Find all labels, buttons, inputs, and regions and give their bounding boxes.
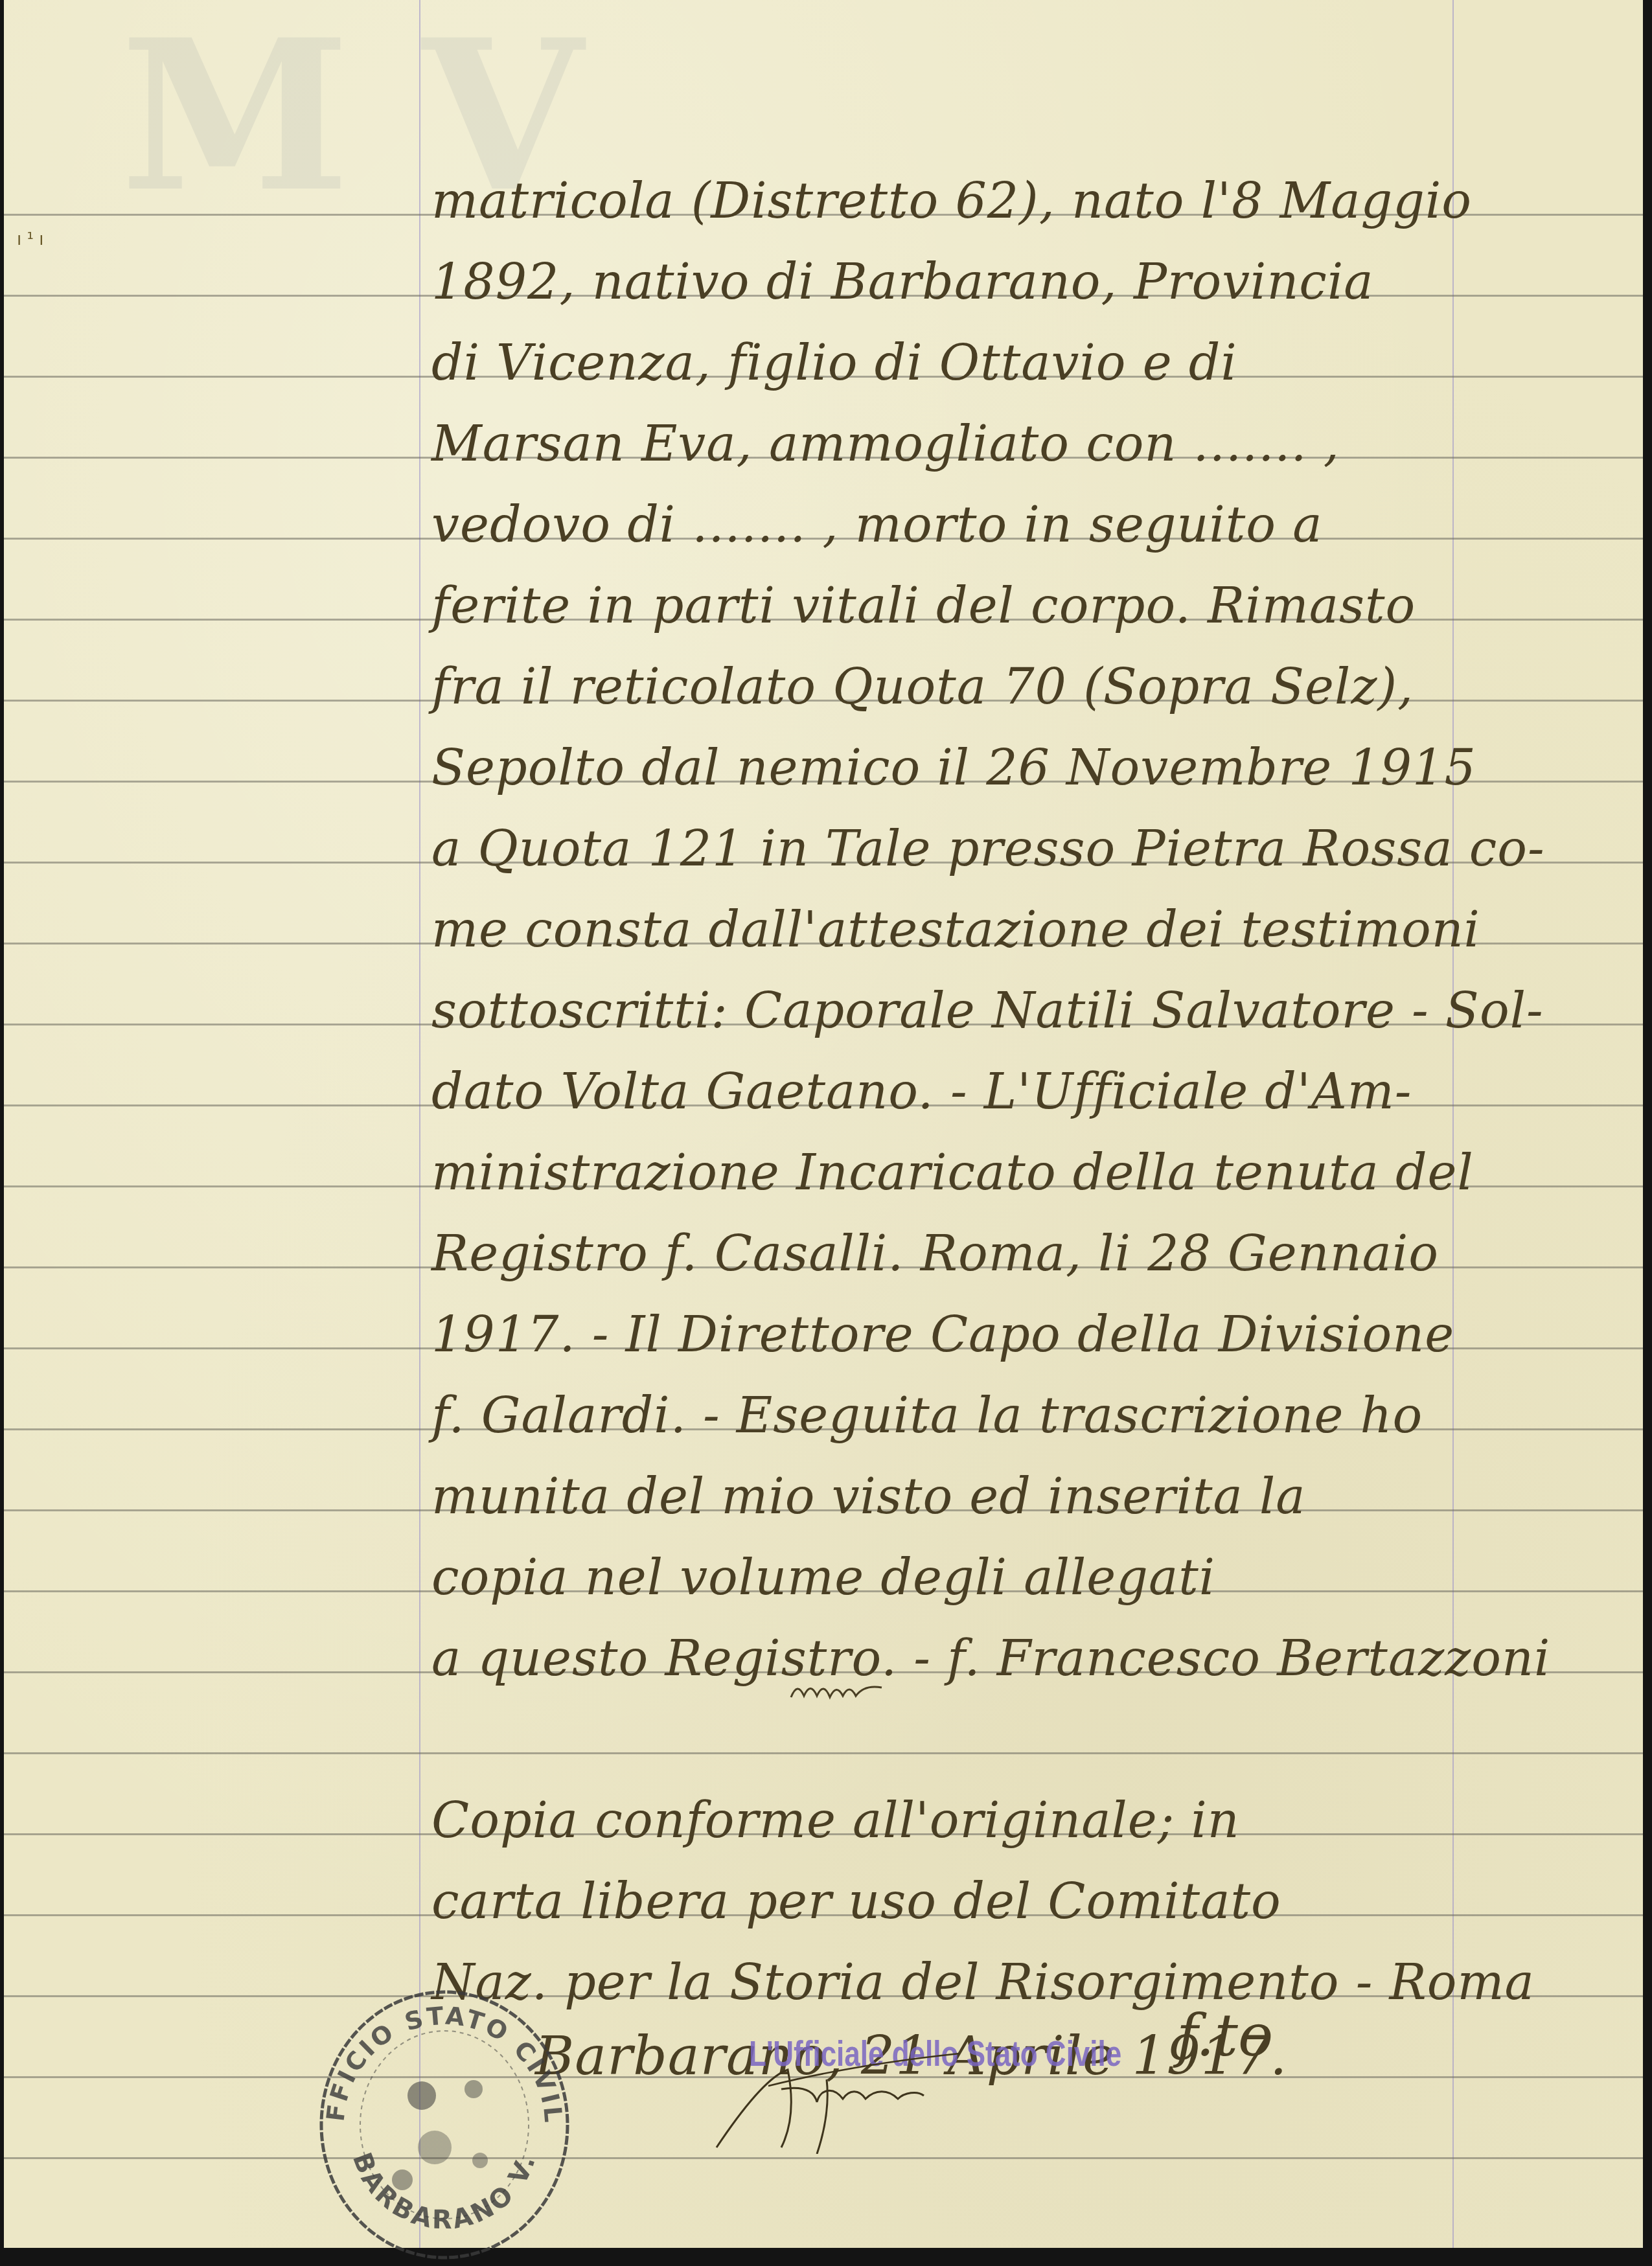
text-line: 1917. - Il Direttore Capo della Division…: [431, 1299, 1468, 1370]
civil-registry-seal: UFFICIO STATO CIVILE BARBARANO V.: [305, 1986, 584, 2264]
text-line: vedovo di ....... , morto in seguito a: [431, 489, 1468, 560]
fto-mark: f.to: [1176, 2002, 1273, 2070]
text-line: matricola (Distretto 62), nato l'8 Maggi…: [431, 165, 1468, 236]
signature: [704, 2050, 963, 2154]
left-margin-line: [419, 0, 420, 2248]
text-line: 1892, nativo di Barbarano, Provincia: [431, 246, 1468, 317]
svg-text:BARBARANO V.: BARBARANO V.: [347, 2149, 542, 2235]
certification-line: carta libera per uso del Comitato: [431, 1866, 1468, 1937]
certification-line: Naz. per la Storia del Risorgimento - Ro…: [431, 1947, 1468, 2018]
text-line: di Vicenza, figlio di Ottavio e di: [431, 327, 1468, 398]
text-line: ministrazione Incaricato della tenuta de…: [431, 1137, 1468, 1208]
separator-flourish: [788, 1678, 885, 1704]
document-page: M V ı ¹ ı matricola (Distretto 62), nato…: [4, 0, 1643, 2248]
text-line: fra il reticolato Quota 70 (Sopra Selz),: [431, 651, 1468, 722]
ruled-line: [4, 1752, 1643, 1754]
certification-line: Copia conforme all'originale; in: [431, 1785, 1468, 1856]
text-line: Registro f. Casalli. Roma, li 28 Gennaio: [431, 1218, 1468, 1289]
seal-bottom-text: BARBARANO V.: [347, 2149, 542, 2235]
text-line: me consta dall'attestazione dei testimon…: [431, 894, 1468, 965]
text-line: Marsan Eva, ammogliato con ....... ,: [431, 408, 1468, 479]
ruled-line: [4, 2157, 1643, 2159]
edge-ink-mark: ı ¹ ı: [17, 230, 43, 249]
text-line: Sepolto dal nemico il 26 Novembre 1915: [431, 732, 1468, 803]
svg-text:UFFICIO STATO CIVILE: UFFICIO STATO CIVILE: [305, 1986, 568, 2126]
text-line: a Quota 121 in Tale presso Pietra Rossa …: [431, 813, 1468, 884]
text-line: a questo Registro. - f. Francesco Bertaz…: [431, 1623, 1468, 1694]
text-line: munita del mio visto ed inserita la: [431, 1461, 1468, 1532]
text-line: dato Volta Gaetano. - L'Ufficiale d'Am-: [431, 1056, 1468, 1127]
seal-top-text: UFFICIO STATO CIVILE: [305, 1986, 568, 2126]
text-line: sottoscritti: Caporale Natili Salvatore …: [431, 975, 1468, 1046]
text-line: f. Galardi. - Eseguita la trascrizione h…: [431, 1380, 1468, 1451]
text-line: copia nel volume degli allegati: [431, 1542, 1468, 1613]
text-line: ferite in parti vitali del corpo. Rimast…: [431, 570, 1468, 641]
